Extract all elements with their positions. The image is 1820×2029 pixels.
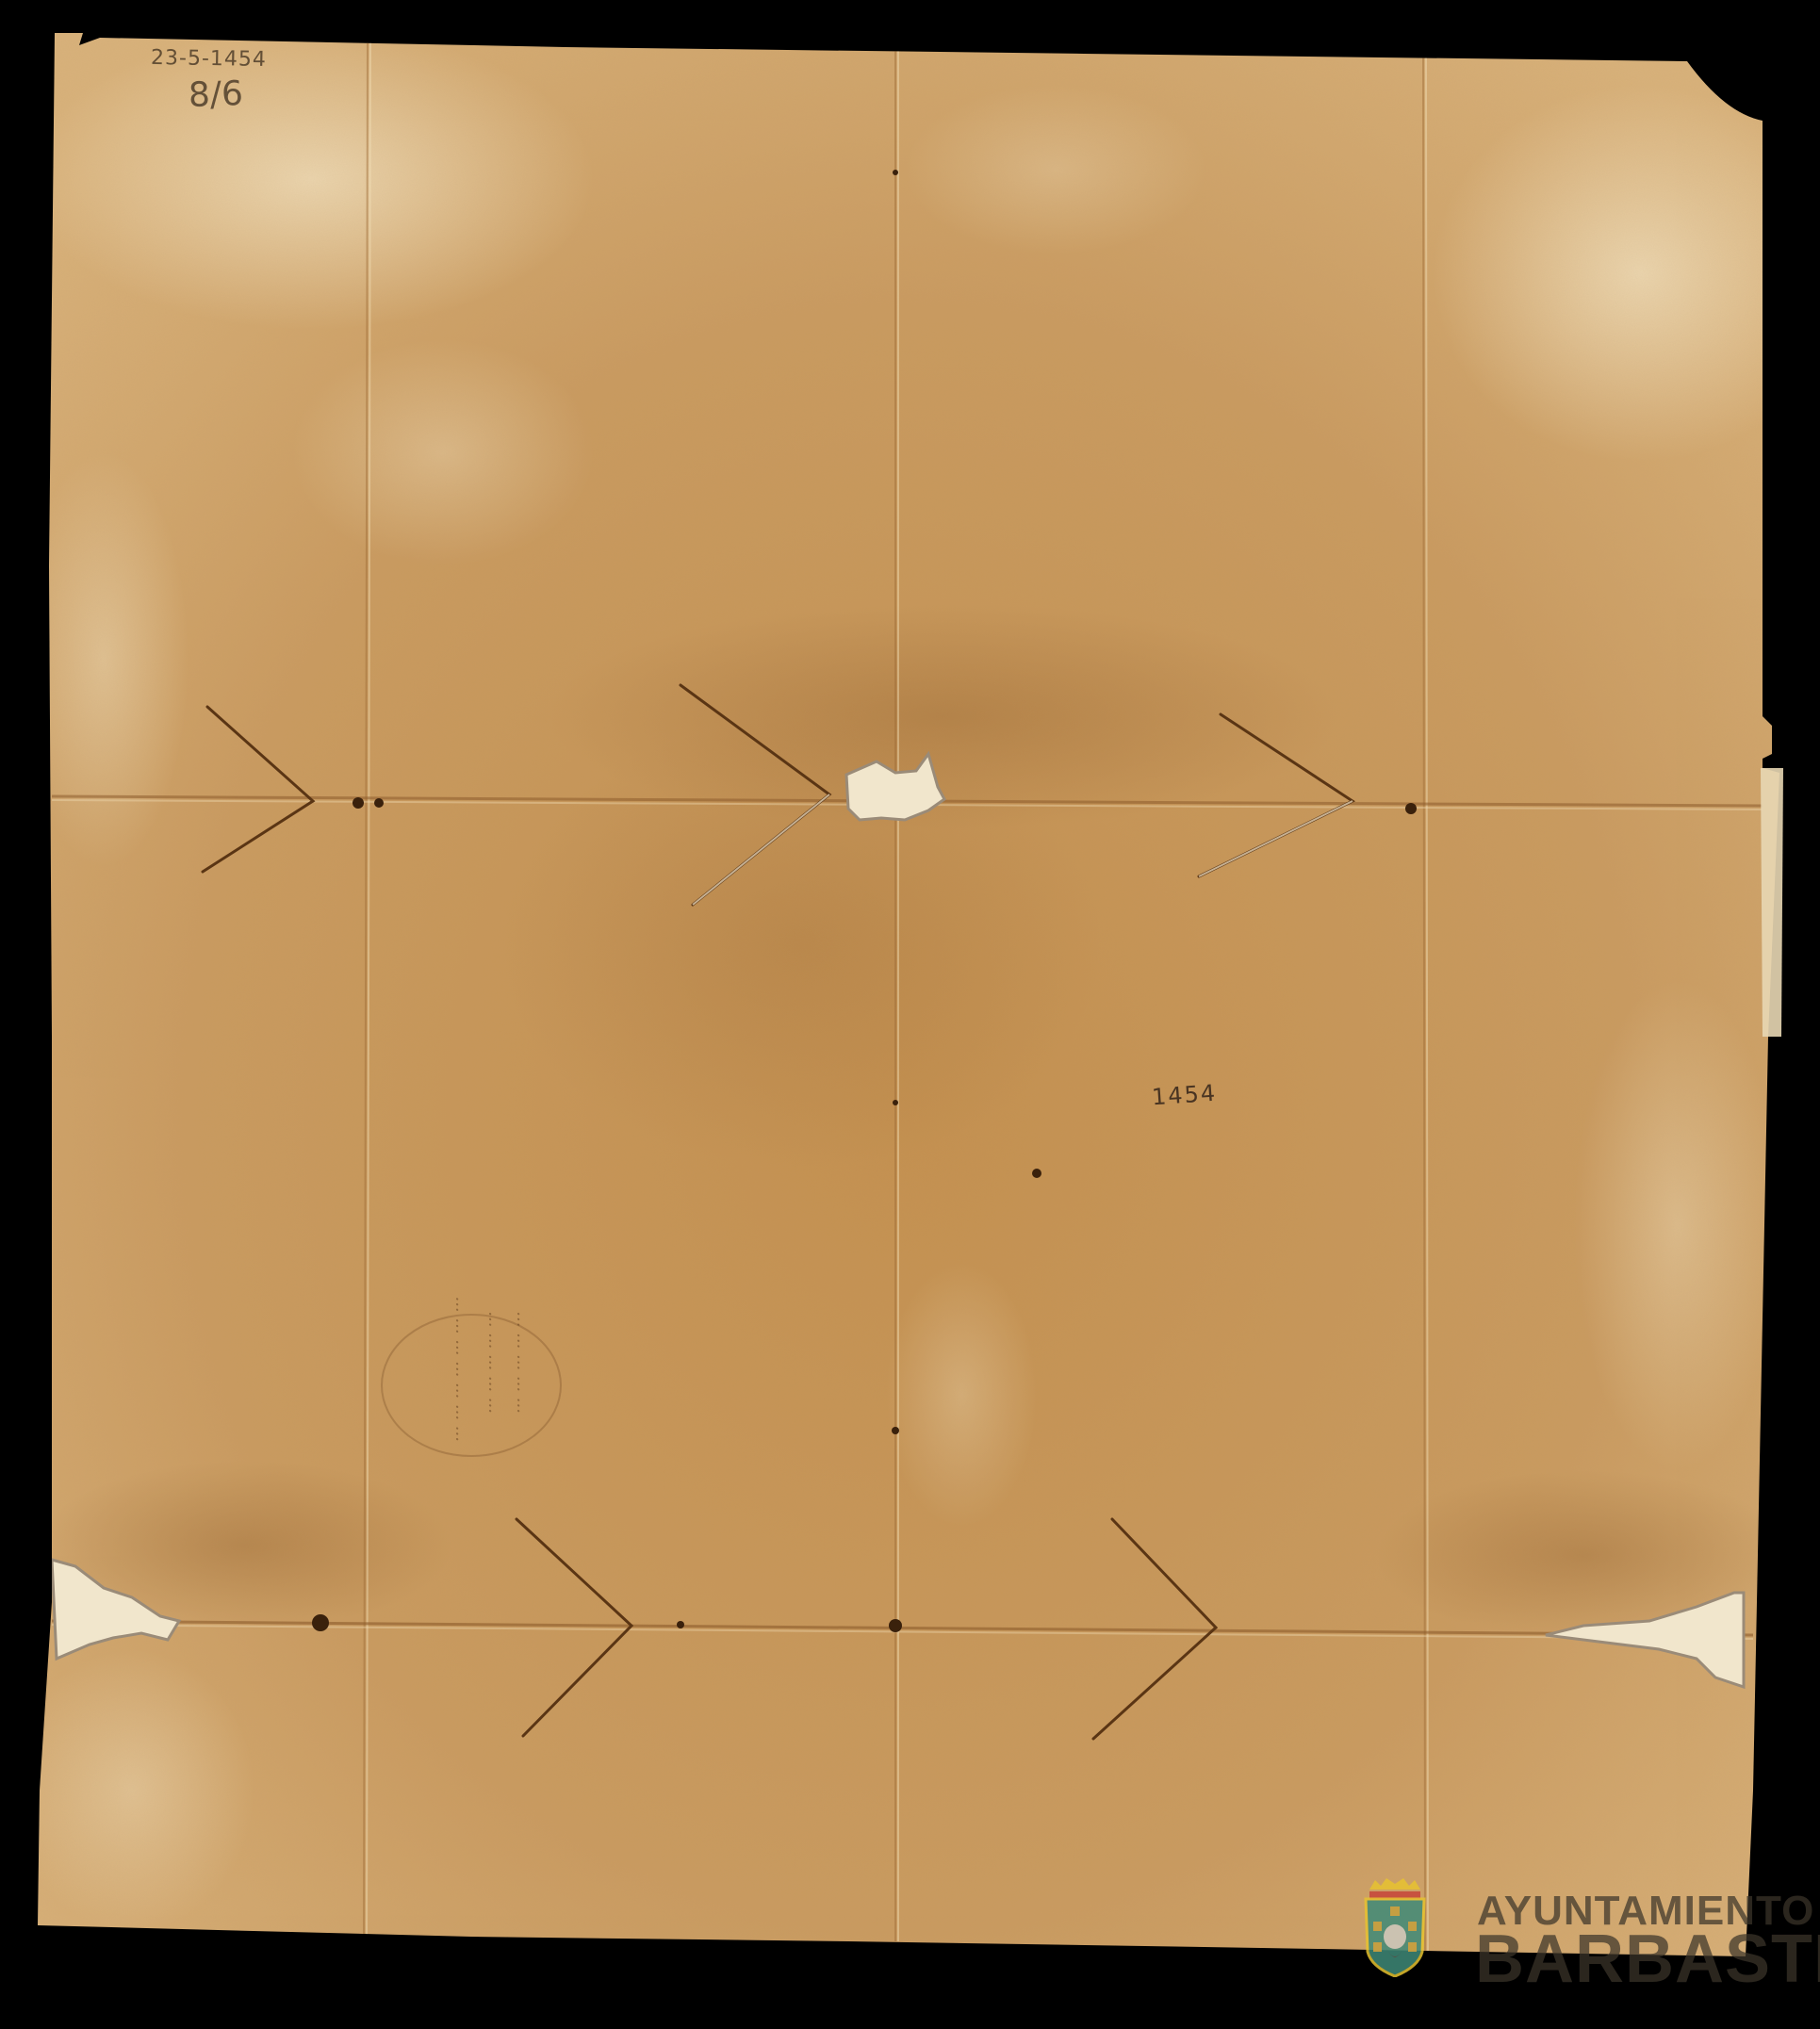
parchment-shape <box>0 0 1820 2029</box>
year-annotation: 1454 <box>1151 1080 1218 1111</box>
endorsement-line: ... ... ... ... ... ... ... <box>443 999 463 1442</box>
endorsement-line: ... ... ... ... ... <box>504 999 524 1414</box>
scan-background: 23-5-1454 8/6 1454 ... ... ... ... ... .… <box>0 0 1820 2029</box>
shelf-mark-annotation: 8/6 <box>188 74 243 115</box>
archive-date-annotation: 23-5-1454 <box>151 46 267 72</box>
coat-of-arms-icon <box>1362 1878 1428 1977</box>
parchment-sheet: 23-5-1454 8/6 1454 ... ... ... ... ... .… <box>0 0 1820 2029</box>
endorsement-line: ... ... ... ... ... <box>476 999 496 1414</box>
watermark-line2: BARBASTRO <box>1475 1925 1820 1993</box>
municipal-watermark: AYUNTAMIENTO DE BARBASTRO <box>1362 1878 1820 1982</box>
